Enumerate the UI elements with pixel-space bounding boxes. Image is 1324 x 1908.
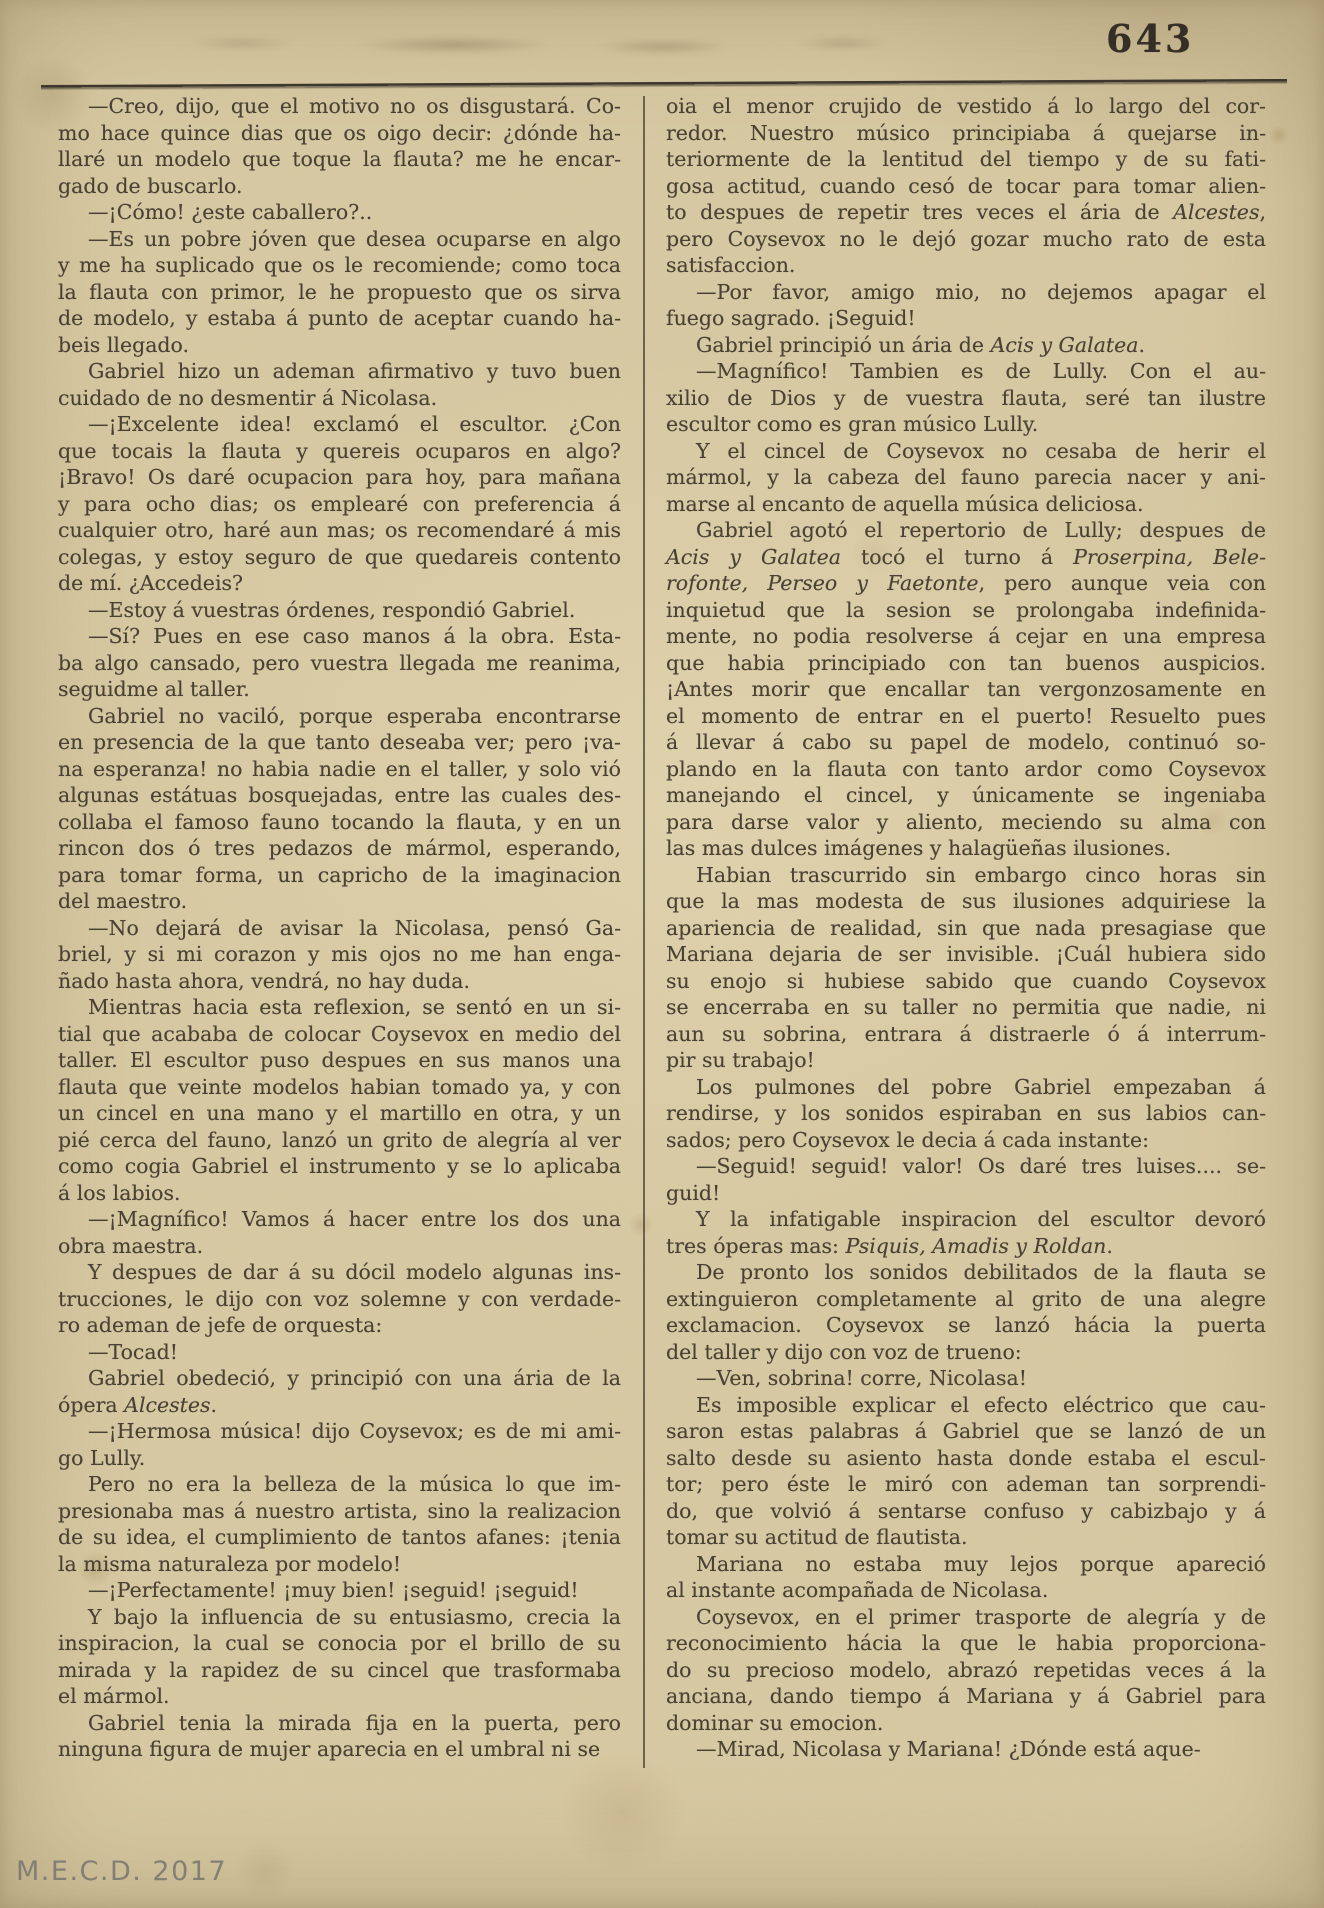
paragraph: Y el cincel de Coysevox no cesaba de her… bbox=[666, 438, 1266, 518]
text-line: fuego sagrado. ¡Seguid! bbox=[666, 305, 1266, 332]
text-line: —¡Excelente idea! exclamó el escultor. ¿… bbox=[58, 411, 621, 438]
text-line: exclamacion. Coysevox se lanzó hácia la … bbox=[666, 1312, 1266, 1339]
text-line: mente, no podia resolverse á cejar en un… bbox=[666, 623, 1266, 650]
left-column: —Creo, dijo, que el motivo no os disgust… bbox=[58, 93, 621, 1763]
text-line: mármol, y la cabeza del fauno parecia na… bbox=[666, 464, 1266, 491]
text-line: pir su trabajo! bbox=[666, 1047, 1266, 1074]
text-line: tial que acababa de colocar Coysevox en … bbox=[58, 1021, 621, 1048]
paragraph: Gabriel obedeció, y principió con una ár… bbox=[58, 1365, 621, 1418]
text-line: oia el menor crujido de vestido á lo lar… bbox=[666, 93, 1266, 120]
text-line: las mas dulces imágenes y halagüeñas ilu… bbox=[666, 835, 1266, 862]
text-line: briel, y si mi corazon y mis ojos no me … bbox=[58, 941, 621, 968]
paragraph: —Mirad, Nicolasa y Mariana! ¿Dónde está … bbox=[666, 1736, 1266, 1763]
paragraph: oia el menor crujido de vestido á lo lar… bbox=[666, 93, 1266, 279]
paragraph: —Estoy á vuestras órdenes, respondió Gab… bbox=[58, 597, 621, 624]
text-line: flauta que veinte modelos habian tomado … bbox=[58, 1074, 621, 1101]
text-line: á los labios. bbox=[58, 1180, 621, 1207]
text-line: —¡Magnífico! Vamos á hacer entre los dos… bbox=[58, 1206, 621, 1233]
text-line: ba algo cansado, pero vuestra llegada me… bbox=[58, 650, 621, 677]
text-line: al instante acompañada de Nicolasa. bbox=[666, 1577, 1266, 1604]
page-number: 643 bbox=[1106, 16, 1194, 61]
text-line: ópera Alcestes. bbox=[58, 1392, 621, 1419]
paragraph: Gabriel no vaciló, porque esperaba encon… bbox=[58, 703, 621, 915]
text-line: tomar su actitud de flautista. bbox=[666, 1524, 1266, 1551]
paragraph: Mariana no estaba muy lejos porque apare… bbox=[666, 1551, 1266, 1604]
text-line: pero Coysevox no le dejó gozar mucho rat… bbox=[666, 226, 1266, 253]
text-line: anciana, dando tiempo á Mariana y á Gabr… bbox=[666, 1683, 1266, 1710]
text-line: obra maestra. bbox=[58, 1233, 621, 1260]
text-line: guid! bbox=[666, 1180, 1266, 1207]
text-line: mo hace quince dias que os oigo decir: ¿… bbox=[58, 120, 621, 147]
text-line: salto desde su asiento hasta donde estab… bbox=[666, 1445, 1266, 1472]
text-line: en presencia de la que tanto deseaba ver… bbox=[58, 729, 621, 756]
text-line: —Seguid! seguid! valor! Os daré tres lui… bbox=[666, 1153, 1266, 1180]
text-line: —¡Perfectamente! ¡muy bien! ¡seguid! ¡se… bbox=[58, 1577, 621, 1604]
text-line: colegas, y estoy seguro de que quedareis… bbox=[58, 544, 621, 571]
text-line: el mármol. bbox=[58, 1683, 621, 1710]
text-line: seguidme al taller. bbox=[58, 676, 621, 703]
text-line: Gabriel principió un ária de Acis y Gala… bbox=[666, 332, 1266, 359]
text-line: to despues de repetir tres veces el ária… bbox=[666, 199, 1266, 226]
text-line: na esperanza! no habia nadie en el talle… bbox=[58, 756, 621, 783]
text-line: gosa actitud, cuando cesó de tocar para … bbox=[666, 173, 1266, 200]
watermark: M.E.C.D. 2017 bbox=[16, 1856, 227, 1887]
paragraph: —Seguid! seguid! valor! Os daré tres lui… bbox=[666, 1153, 1266, 1206]
column-divider bbox=[643, 96, 645, 1768]
paragraph: —Es un pobre jóven que desea ocuparse en… bbox=[58, 226, 621, 359]
text-line: Gabriel tenia la mirada fija en la puert… bbox=[58, 1710, 621, 1737]
text-line: para darse valor y aliento, meciendo su … bbox=[666, 809, 1266, 836]
text-line: que habia principiado con tan buenos aus… bbox=[666, 650, 1266, 677]
text-line: Mariana no estaba muy lejos porque apare… bbox=[666, 1551, 1266, 1578]
right-column: oia el menor crujido de vestido á lo lar… bbox=[666, 93, 1266, 1763]
text-line: de mí. ¿Accedeis? bbox=[58, 570, 621, 597]
text-line: Coysevox, en el primer trasporte de aleg… bbox=[666, 1604, 1266, 1631]
paragraph: —¡Cómo! ¿este caballero?.. bbox=[58, 199, 621, 226]
paragraph: —Por favor, amigo mio, no dejemos apagar… bbox=[666, 279, 1266, 332]
text-line: algunas estátuas bosquejadas, entre las … bbox=[58, 782, 621, 809]
text-line: ñado hasta ahora, vendrá, no hay duda. bbox=[58, 968, 621, 995]
text-line: taller. El escultor puso despues en sus … bbox=[58, 1047, 621, 1074]
text-line: un cincel en una mano y el martillo en o… bbox=[58, 1100, 621, 1127]
text-line: cuidado de no desmentir á Nicolasa. bbox=[58, 385, 621, 412]
text-line: trucciones, le dijo con voz solemne y co… bbox=[58, 1286, 621, 1313]
text-line: apariencia de realidad, sin que nada pre… bbox=[666, 915, 1266, 942]
text-line: xilio de Dios y de vuestra flauta, seré … bbox=[666, 385, 1266, 412]
text-line: do, que volvió á sentarse confuso y cabi… bbox=[666, 1498, 1266, 1525]
text-line: do su precioso modelo, abrazó repetidas … bbox=[666, 1657, 1266, 1684]
text-line: collaba el famoso fauno tocando la flaut… bbox=[58, 809, 621, 836]
text-line: tor; pero éste le miró con ademan tan so… bbox=[666, 1471, 1266, 1498]
text-line: Gabriel no vaciló, porque esperaba encon… bbox=[58, 703, 621, 730]
text-line: —Ven, sobrina! corre, Nicolasa! bbox=[666, 1365, 1266, 1392]
paragraph: Y despues de dar á su dócil modelo algun… bbox=[58, 1259, 621, 1339]
text-line: como cogia Gabriel el instrumento y se l… bbox=[58, 1153, 621, 1180]
text-line: cualquier otro, haré aun mas; os recomen… bbox=[58, 517, 621, 544]
paragraph: Los pulmones del pobre Gabriel empezaban… bbox=[666, 1074, 1266, 1154]
text-line: el momento de entrar en el puerto! Resue… bbox=[666, 703, 1266, 730]
text-line: plando en la flauta con tanto ardor como… bbox=[666, 756, 1266, 783]
text-line: tres óperas mas: Psiquis, Amadis y Rolda… bbox=[666, 1233, 1266, 1260]
text-line: Gabriel hizo un ademan afirmativo y tuvo… bbox=[58, 358, 621, 385]
text-line: Acis y Galatea tocó el turno á Proserpin… bbox=[666, 544, 1266, 571]
text-line: Los pulmones del pobre Gabriel empezaban… bbox=[666, 1074, 1266, 1101]
text-line: Gabriel obedeció, y principió con una ár… bbox=[58, 1365, 621, 1392]
header-rule bbox=[41, 79, 1287, 89]
text-line: que la mas modesta de sus ilusiones adqu… bbox=[666, 888, 1266, 915]
paragraph: Gabriel principió un ária de Acis y Gala… bbox=[666, 332, 1266, 359]
text-line: rincon dos ó tres pedazos de mármol, esp… bbox=[58, 835, 621, 862]
text-line: llaré un modelo que toque la flauta? me … bbox=[58, 146, 621, 173]
text-line: Y despues de dar á su dócil modelo algun… bbox=[58, 1259, 621, 1286]
text-line: —¡Hermosa música! dijo Coysevox; es de m… bbox=[58, 1418, 621, 1445]
text-line: mirada y la rapidez de su cincel que tra… bbox=[58, 1657, 621, 1684]
text-line: Habian trascurrido sin embargo cinco hor… bbox=[666, 862, 1266, 889]
text-line: la misma naturaleza por modelo! bbox=[58, 1551, 621, 1578]
paragraph: —Sí? Pues en ese caso manos á la obra. E… bbox=[58, 623, 621, 703]
paragraph: Coysevox, en el primer trasporte de aleg… bbox=[666, 1604, 1266, 1737]
text-line: redor. Nuestro músico principiaba á quej… bbox=[666, 120, 1266, 147]
text-line: —Mirad, Nicolasa y Mariana! ¿Dónde está … bbox=[666, 1736, 1266, 1763]
page: 643 —Creo, dijo, que el motivo no os dis… bbox=[0, 0, 1324, 1908]
text-line: Mariana dejaria de ser invisible. ¡Cuál … bbox=[666, 941, 1266, 968]
text-line: extinguieron completamente al grito de u… bbox=[666, 1286, 1266, 1313]
text-line: beis llegado. bbox=[58, 332, 621, 359]
paragraph: Es imposible explicar el efecto eléctric… bbox=[666, 1392, 1266, 1551]
paragraph: —¡Excelente idea! exclamó el escultor. ¿… bbox=[58, 411, 621, 597]
text-line: dominar su emocion. bbox=[666, 1710, 1266, 1737]
text-line: go Lully. bbox=[58, 1445, 621, 1472]
text-line: Pero no era la belleza de la música lo q… bbox=[58, 1471, 621, 1498]
text-line: ninguna figura de mujer aparecia en el u… bbox=[58, 1736, 621, 1763]
text-line: ro ademan de jefe de orquesta: bbox=[58, 1312, 621, 1339]
text-line: que tocais la flauta y quereis ocuparos … bbox=[58, 438, 621, 465]
paragraph: De pronto los sonidos debilitados de la … bbox=[666, 1259, 1266, 1365]
text-line: —Sí? Pues en ese caso manos á la obra. E… bbox=[58, 623, 621, 650]
text-line: marse al encanto de aquella música delic… bbox=[666, 491, 1266, 518]
text-line: gado de buscarlo. bbox=[58, 173, 621, 200]
paragraph: Habian trascurrido sin embargo cinco hor… bbox=[666, 862, 1266, 1074]
text-line: reconocimiento hácia la que le habia pro… bbox=[666, 1630, 1266, 1657]
text-line: ¡Bravo! Os daré ocupacion para hoy, para… bbox=[58, 464, 621, 491]
paragraph: —Magnífico! Tambien es de Lully. Con el … bbox=[666, 358, 1266, 438]
paragraph: Gabriel hizo un ademan afirmativo y tuvo… bbox=[58, 358, 621, 411]
paragraph: —Ven, sobrina! corre, Nicolasa! bbox=[666, 1365, 1266, 1392]
paragraph: Y la infatigable inspiracion del esculto… bbox=[666, 1206, 1266, 1259]
text-line: pié cerca del fauno, lanzó un grito de a… bbox=[58, 1127, 621, 1154]
text-line: —Tocad! bbox=[58, 1339, 621, 1366]
text-line: ¡Antes morir que encallar tan vergonzosa… bbox=[666, 676, 1266, 703]
text-line: y me ha suplicado que os le recomiende; … bbox=[58, 252, 621, 279]
bleed-through-smudge bbox=[180, 28, 960, 62]
text-line: á llevar á cabo su papel de modelo, cont… bbox=[666, 729, 1266, 756]
paragraph: —No dejará de avisar la Nicolasa, pensó … bbox=[58, 915, 621, 995]
text-line: Y el cincel de Coysevox no cesaba de her… bbox=[666, 438, 1266, 465]
text-line: de modelo, y estaba á punto de aceptar c… bbox=[58, 305, 621, 332]
text-line: satisfaccion. bbox=[666, 252, 1266, 279]
text-line: —Es un pobre jóven que desea ocuparse en… bbox=[58, 226, 621, 253]
text-line: de su idea, el cumplimiento de tantos af… bbox=[58, 1524, 621, 1551]
paragraph: Y bajo la influencia de su entusiasmo, c… bbox=[58, 1604, 621, 1710]
text-line: su enojo si hubiese sabido que cuando Co… bbox=[666, 968, 1266, 995]
paragraph: —Creo, dijo, que el motivo no os disgust… bbox=[58, 93, 621, 199]
text-line: Y bajo la influencia de su entusiasmo, c… bbox=[58, 1604, 621, 1631]
text-line: la flauta con primor, le he propuesto qu… bbox=[58, 279, 621, 306]
text-line: para tomar forma, un capricho de la imag… bbox=[58, 862, 621, 889]
paragraph: Pero no era la belleza de la música lo q… bbox=[58, 1471, 621, 1577]
text-line: Gabriel agotó el repertorio de Lully; de… bbox=[666, 517, 1266, 544]
text-line: rendirse, y los sonidos espiraban en sus… bbox=[666, 1100, 1266, 1127]
text-line: Y la infatigable inspiracion del esculto… bbox=[666, 1206, 1266, 1233]
paragraph: —¡Magnífico! Vamos á hacer entre los dos… bbox=[58, 1206, 621, 1259]
paragraph: —Tocad! bbox=[58, 1339, 621, 1366]
text-line: teriormente de la lentitud del tiempo y … bbox=[666, 146, 1266, 173]
text-line: y para ocho dias; os emplearé con prefer… bbox=[58, 491, 621, 518]
text-line: saron estas palabras á Gabriel que se la… bbox=[666, 1418, 1266, 1445]
paragraph: Gabriel agotó el repertorio de Lully; de… bbox=[666, 517, 1266, 862]
text-line: inquietud que la sesion se prolongaba in… bbox=[666, 597, 1266, 624]
text-line: se encerraba en su taller no permitia qu… bbox=[666, 994, 1266, 1021]
text-line: —Creo, dijo, que el motivo no os disgust… bbox=[58, 93, 621, 120]
text-line: —Por favor, amigo mio, no dejemos apagar… bbox=[666, 279, 1266, 306]
text-line: manejando el cincel, y únicamente se ing… bbox=[666, 782, 1266, 809]
text-line: del maestro. bbox=[58, 888, 621, 915]
text-line: del taller y dijo con voz de trueno: bbox=[666, 1339, 1266, 1366]
text-line: —No dejará de avisar la Nicolasa, pensó … bbox=[58, 915, 621, 942]
text-line: Mientras hacia esta reflexion, se sentó … bbox=[58, 994, 621, 1021]
text-line: escultor como es gran músico Lully. bbox=[666, 411, 1266, 438]
text-line: De pronto los sonidos debilitados de la … bbox=[666, 1259, 1266, 1286]
paragraph: Gabriel tenia la mirada fija en la puert… bbox=[58, 1710, 621, 1763]
text-line: —Estoy á vuestras órdenes, respondió Gab… bbox=[58, 597, 621, 624]
text-line: Es imposible explicar el efecto eléctric… bbox=[666, 1392, 1266, 1419]
text-line: inspiracion, la cual se conocia por el b… bbox=[58, 1630, 621, 1657]
paragraph: —¡Perfectamente! ¡muy bien! ¡seguid! ¡se… bbox=[58, 1577, 621, 1604]
text-line: rofonte, Perseo y Faetonte, pero aunque … bbox=[666, 570, 1266, 597]
paragraph: —¡Hermosa música! dijo Coysevox; es de m… bbox=[58, 1418, 621, 1471]
text-line: sados; pero Coysevox le decia á cada ins… bbox=[666, 1127, 1266, 1154]
paragraph: Mientras hacia esta reflexion, se sentó … bbox=[58, 994, 621, 1206]
text-line: aun su sobrina, entrara á distraerle ó á… bbox=[666, 1021, 1266, 1048]
text-line: —¡Cómo! ¿este caballero?.. bbox=[58, 199, 621, 226]
text-line: —Magnífico! Tambien es de Lully. Con el … bbox=[666, 358, 1266, 385]
text-line: presionaba mas á nuestro artista, sino l… bbox=[58, 1498, 621, 1525]
